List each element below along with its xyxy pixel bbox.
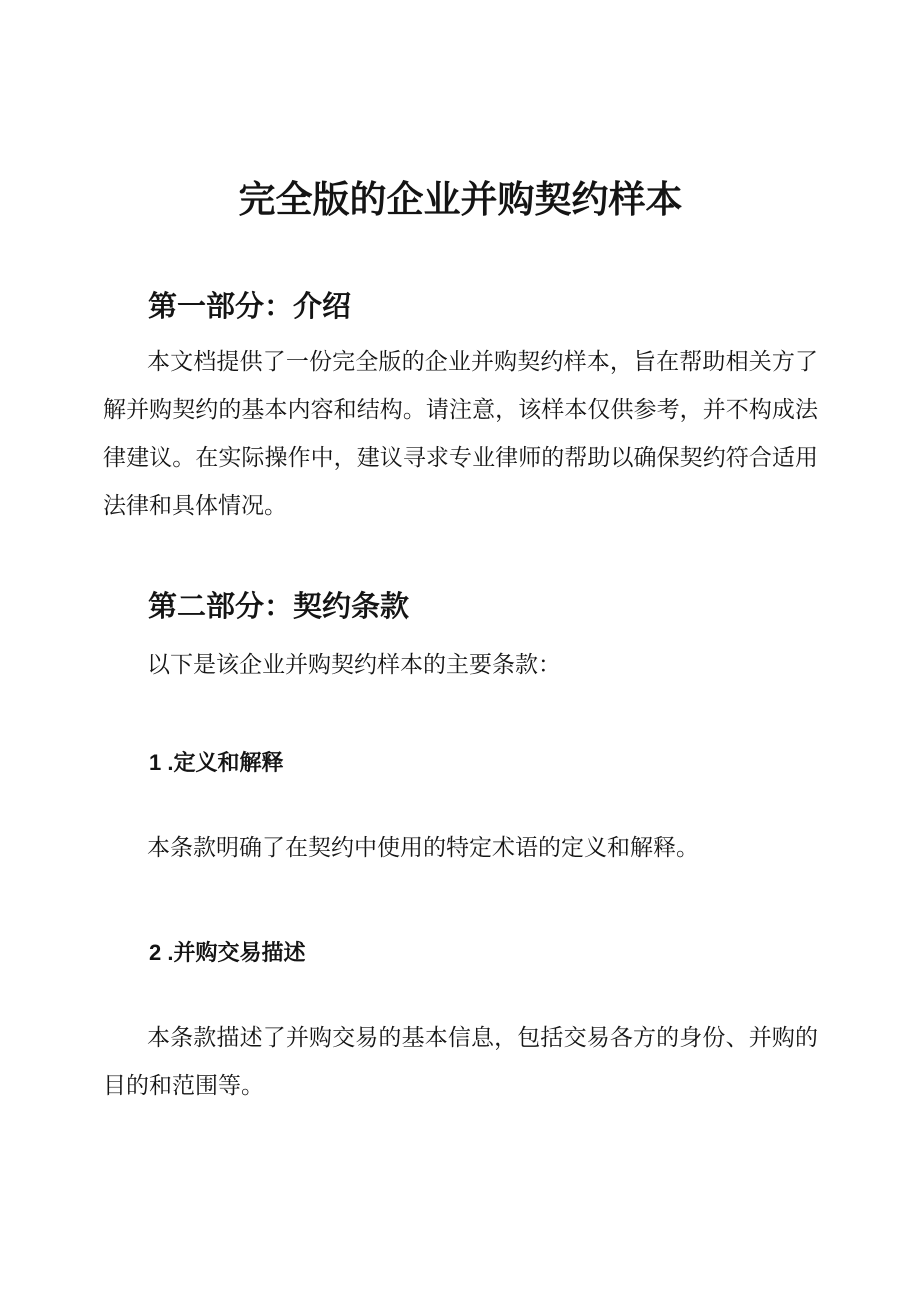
clause1-heading: 1 .定义和解释 <box>103 748 818 778</box>
section1-heading: 第一部分：介绍 <box>103 288 818 326</box>
section2-heading: 第二部分：契约条款 <box>103 588 818 626</box>
section2-intro-paragraph: 以下是该企业并购契约样本的主要条款： <box>103 641 818 689</box>
document-title: 完全版的企业并购契约样本 <box>103 177 818 223</box>
clause1-paragraph: 本条款明确了在契约中使用的特定术语的定义和解释。 <box>103 824 818 872</box>
clause2-paragraph: 本条款描述了并购交易的基本信息，包括交易各方的身份、并购的目的和范围等。 <box>103 1014 818 1110</box>
clause2-heading: 2 .并购交易描述 <box>103 938 818 968</box>
document-page: 完全版的企业并购契约样本 第一部分：介绍 本文档提供了一份完全版的企业并购契约样… <box>0 0 920 1301</box>
section1-paragraph: 本文档提供了一份完全版的企业并购契约样本，旨在帮助相关方了解并购契约的基本内容和… <box>103 338 818 530</box>
